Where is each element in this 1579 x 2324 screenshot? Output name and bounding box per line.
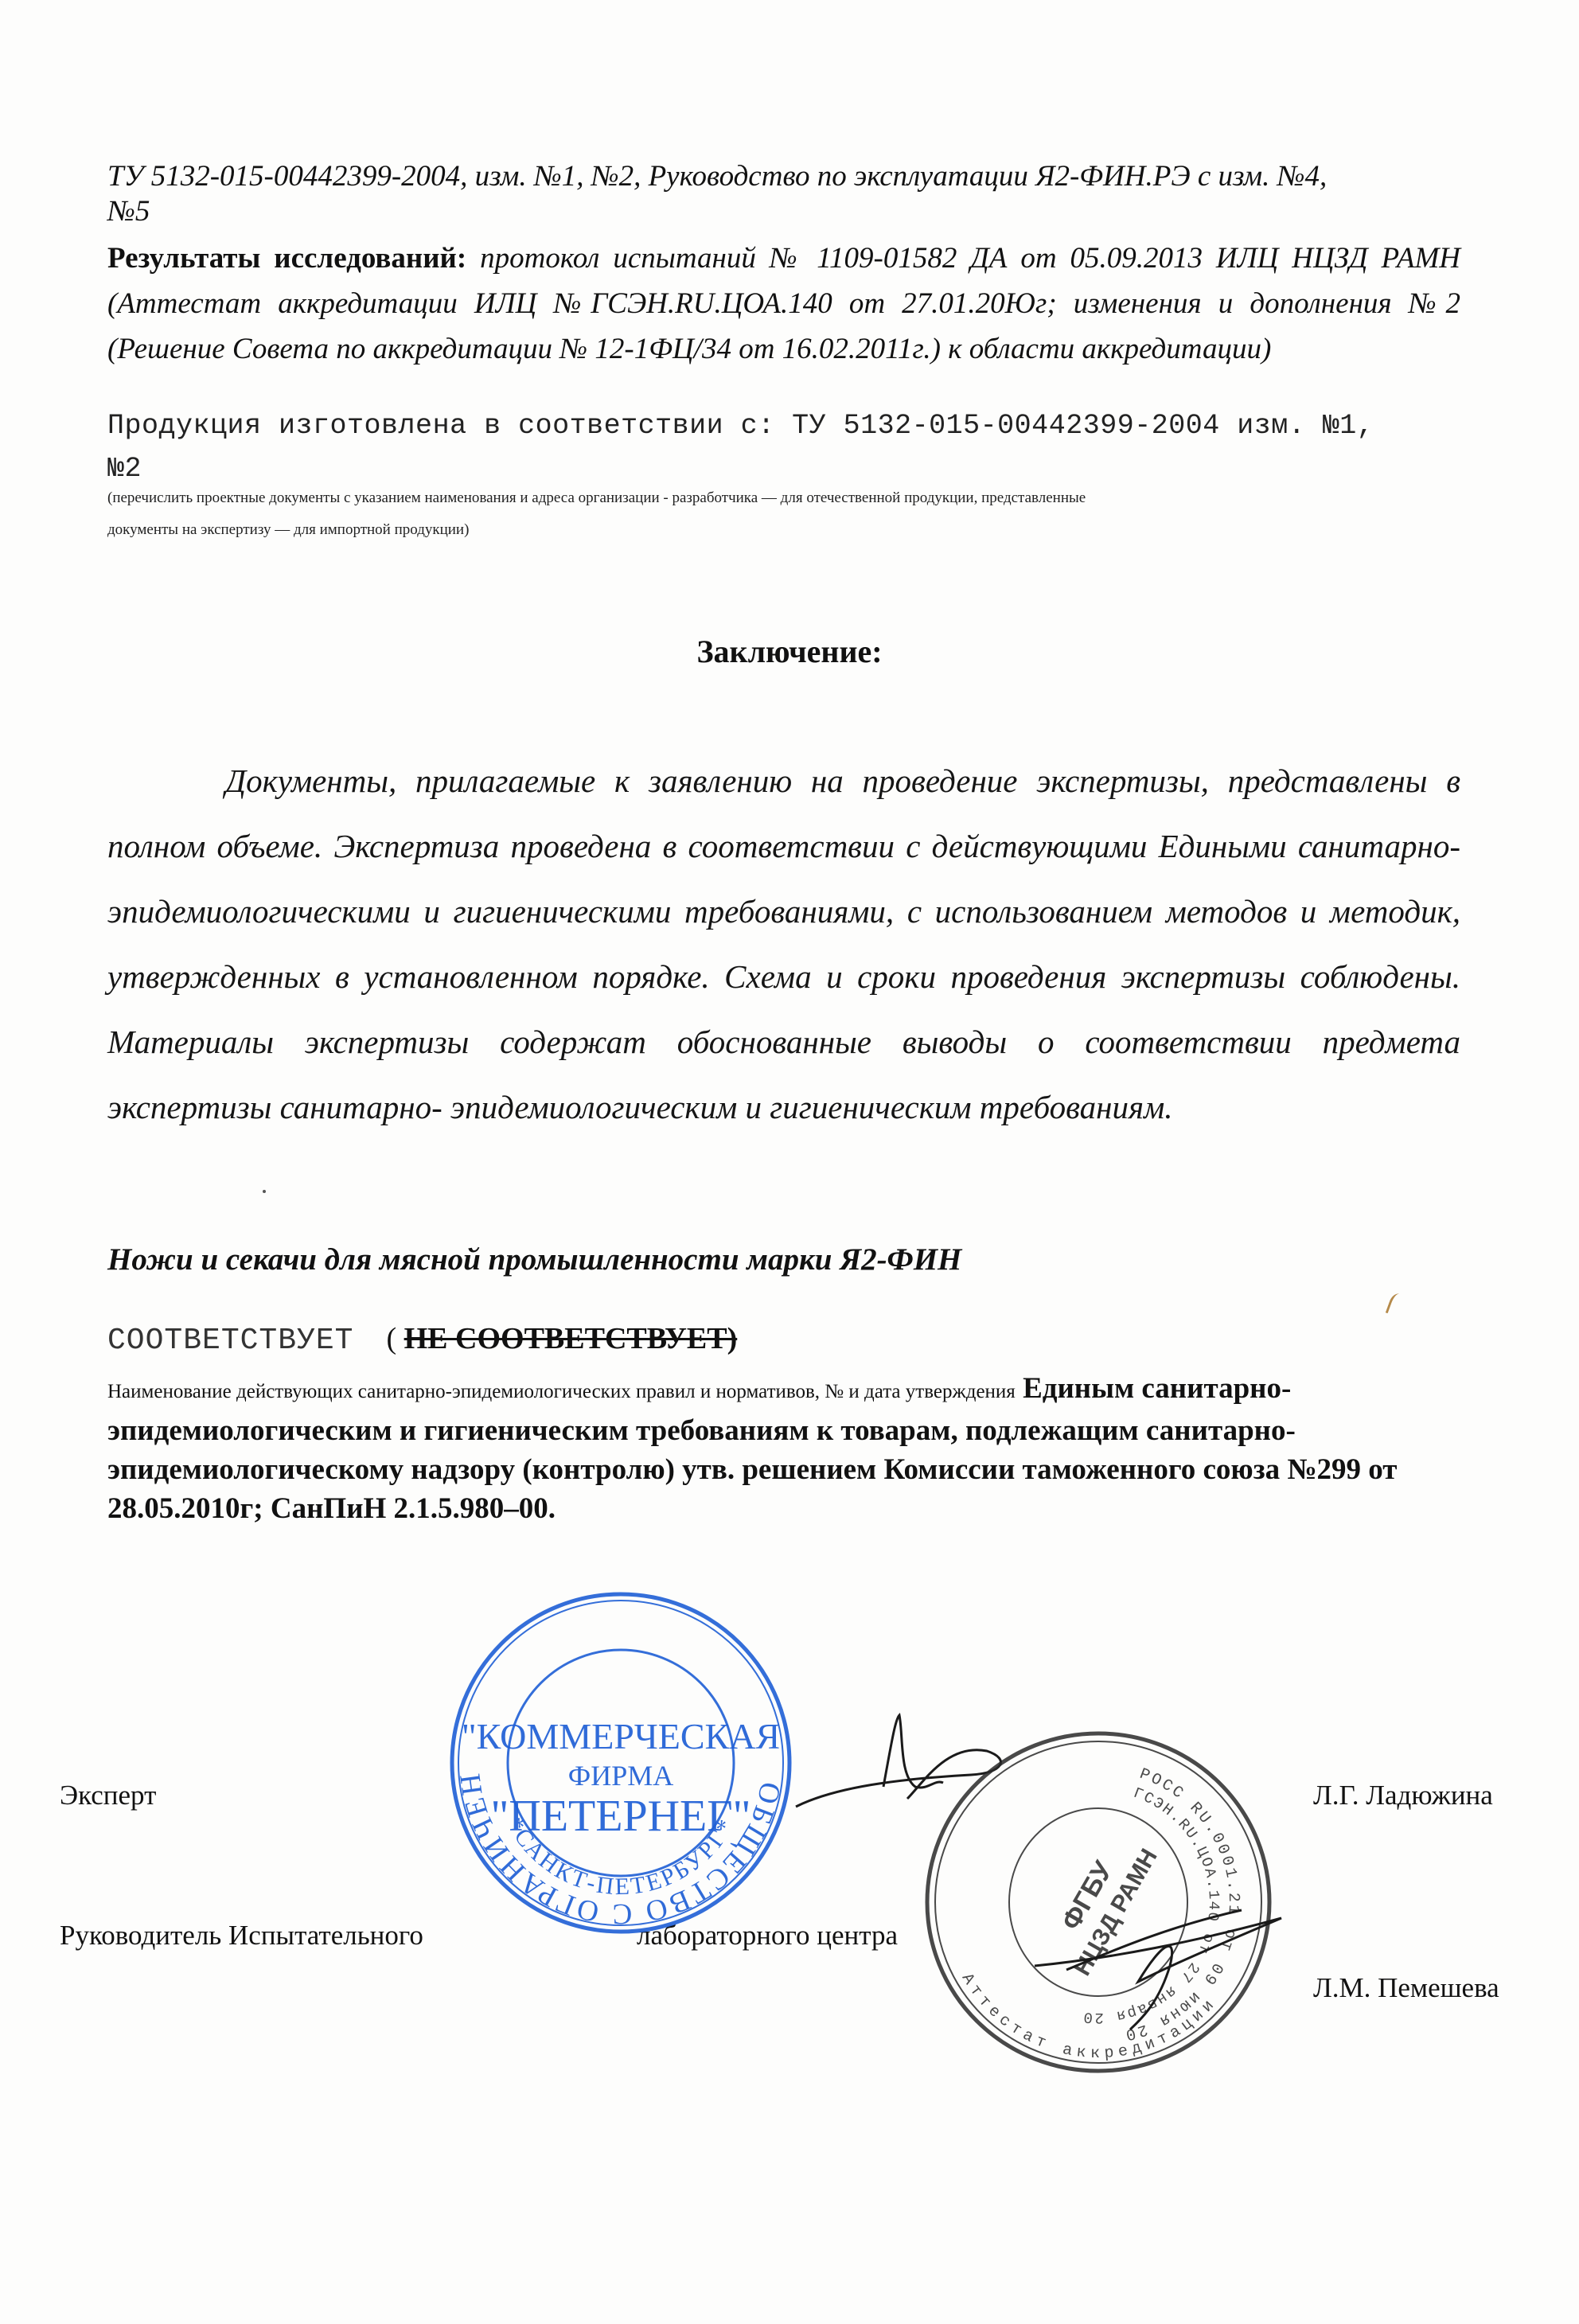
manufactured-per-line2: №2 — [107, 453, 142, 485]
manufactured-hint: (перечислить проектные документы с указа… — [107, 482, 1460, 546]
verdict-complies: СООТВЕТСТВУЕТ — [107, 1324, 353, 1358]
manufactured-hint-line1: (перечислить проектные документы с указа… — [107, 489, 1086, 506]
verdict-not-complies-struck: НЕ СООТВЕТСТВУЕТ) — [404, 1322, 738, 1355]
ink-mark — [1386, 1292, 1406, 1317]
product-name: Ножи и секачи для мясной промышленности … — [107, 1242, 961, 1277]
verdict: СООТВЕТСТВУЕТ ( НЕ СООТВЕТСТВУЕТ) — [107, 1321, 737, 1359]
svg-text:*САНКТ-ПЕТЕРБУРГ*: *САНКТ-ПЕТЕРБУРГ* — [501, 1813, 740, 1900]
svg-text:РОСС RU.0001.21 от 09 июня 20: РОСС RU.0001.21 от 09 июня 20 — [1121, 1765, 1242, 2044]
spec-reference-line: ТУ 5132-015-00442399-2004, изм. №1, №2, … — [107, 159, 1460, 229]
head-label-part1: Руководитель Испытательного — [60, 1920, 423, 1952]
head-name: Л.М. Пемешева — [1313, 1972, 1499, 2004]
svg-text:"КОММЕРЧЕСКАЯ: "КОММЕРЧЕСКАЯ — [462, 1716, 780, 1757]
conclusion-title: Заключение: — [0, 633, 1579, 670]
head-signature-icon — [1019, 1894, 1289, 2037]
svg-text:ФИРМА: ФИРМА — [568, 1760, 673, 1792]
research-results-label: Результаты исследований: — [107, 242, 466, 275]
svg-text:"ПЕТЕРНЕГ": "ПЕТЕРНЕГ" — [491, 1792, 751, 1841]
expert-name: Л.Г. Ладюжина — [1313, 1780, 1493, 1811]
research-results: Результаты исследований: протокол испыта… — [107, 236, 1460, 372]
head-label-part2: лабораторного центра — [637, 1920, 898, 1952]
spec-reference-text: ТУ 5132-015-00442399-2004, изм. №1, №2, … — [107, 160, 1327, 193]
svg-text:ГСЭН.RU.ЦОА.140 от 27 января 2: ГСЭН.RU.ЦОА.140 от 27 января 20 — [1082, 1784, 1223, 2026]
svg-text:Аттестат аккредитации: Аттестат аккредитации — [957, 1971, 1222, 2063]
company-stamp-icon: ОБЩЕСТВО С ОГРАНИЧЕННОЙ ОТВЕТСТВЕННОСТЬЮ… — [446, 1588, 796, 1938]
manufactured-per: Продукция изготовлена в соответствии с: … — [107, 404, 1508, 490]
expert-signature-icon — [788, 1711, 1027, 1839]
norms-label: Наименование действующих санитарно-эпиде… — [107, 1381, 1016, 1402]
verdict-open-paren: ( — [386, 1322, 396, 1355]
conclusion-body: Документы, прилагаемые к заявлению на пр… — [107, 748, 1460, 1140]
svg-text:ФГБУ: ФГБУ — [1055, 1855, 1119, 1935]
svg-text:ОБЩЕСТВО С ОГРАНИЧЕННОЙ ОТВЕТС: ОБЩЕСТВО С ОГРАНИЧЕННОЙ ОТВЕТСТВЕННОСТЬЮ — [446, 1588, 787, 1930]
lab-stamp-icon: Аттестат аккредитации РОСС RU.0001.21 от… — [915, 1727, 1281, 2077]
svg-text:НЦЗД РАМН: НЦЗД РАМН — [1069, 1845, 1162, 1980]
spec-reference-continuation: №5 — [107, 195, 150, 228]
expert-label: Эксперт — [60, 1780, 156, 1811]
manufactured-hint-line2: документы на экспертизу — для импортной … — [107, 521, 469, 538]
norms-block: Наименование действующих санитарно-эпиде… — [107, 1369, 1460, 1528]
ink-speck — [263, 1190, 266, 1193]
manufactured-per-line1: Продукция изготовлена в соответствии с: … — [107, 410, 1374, 442]
